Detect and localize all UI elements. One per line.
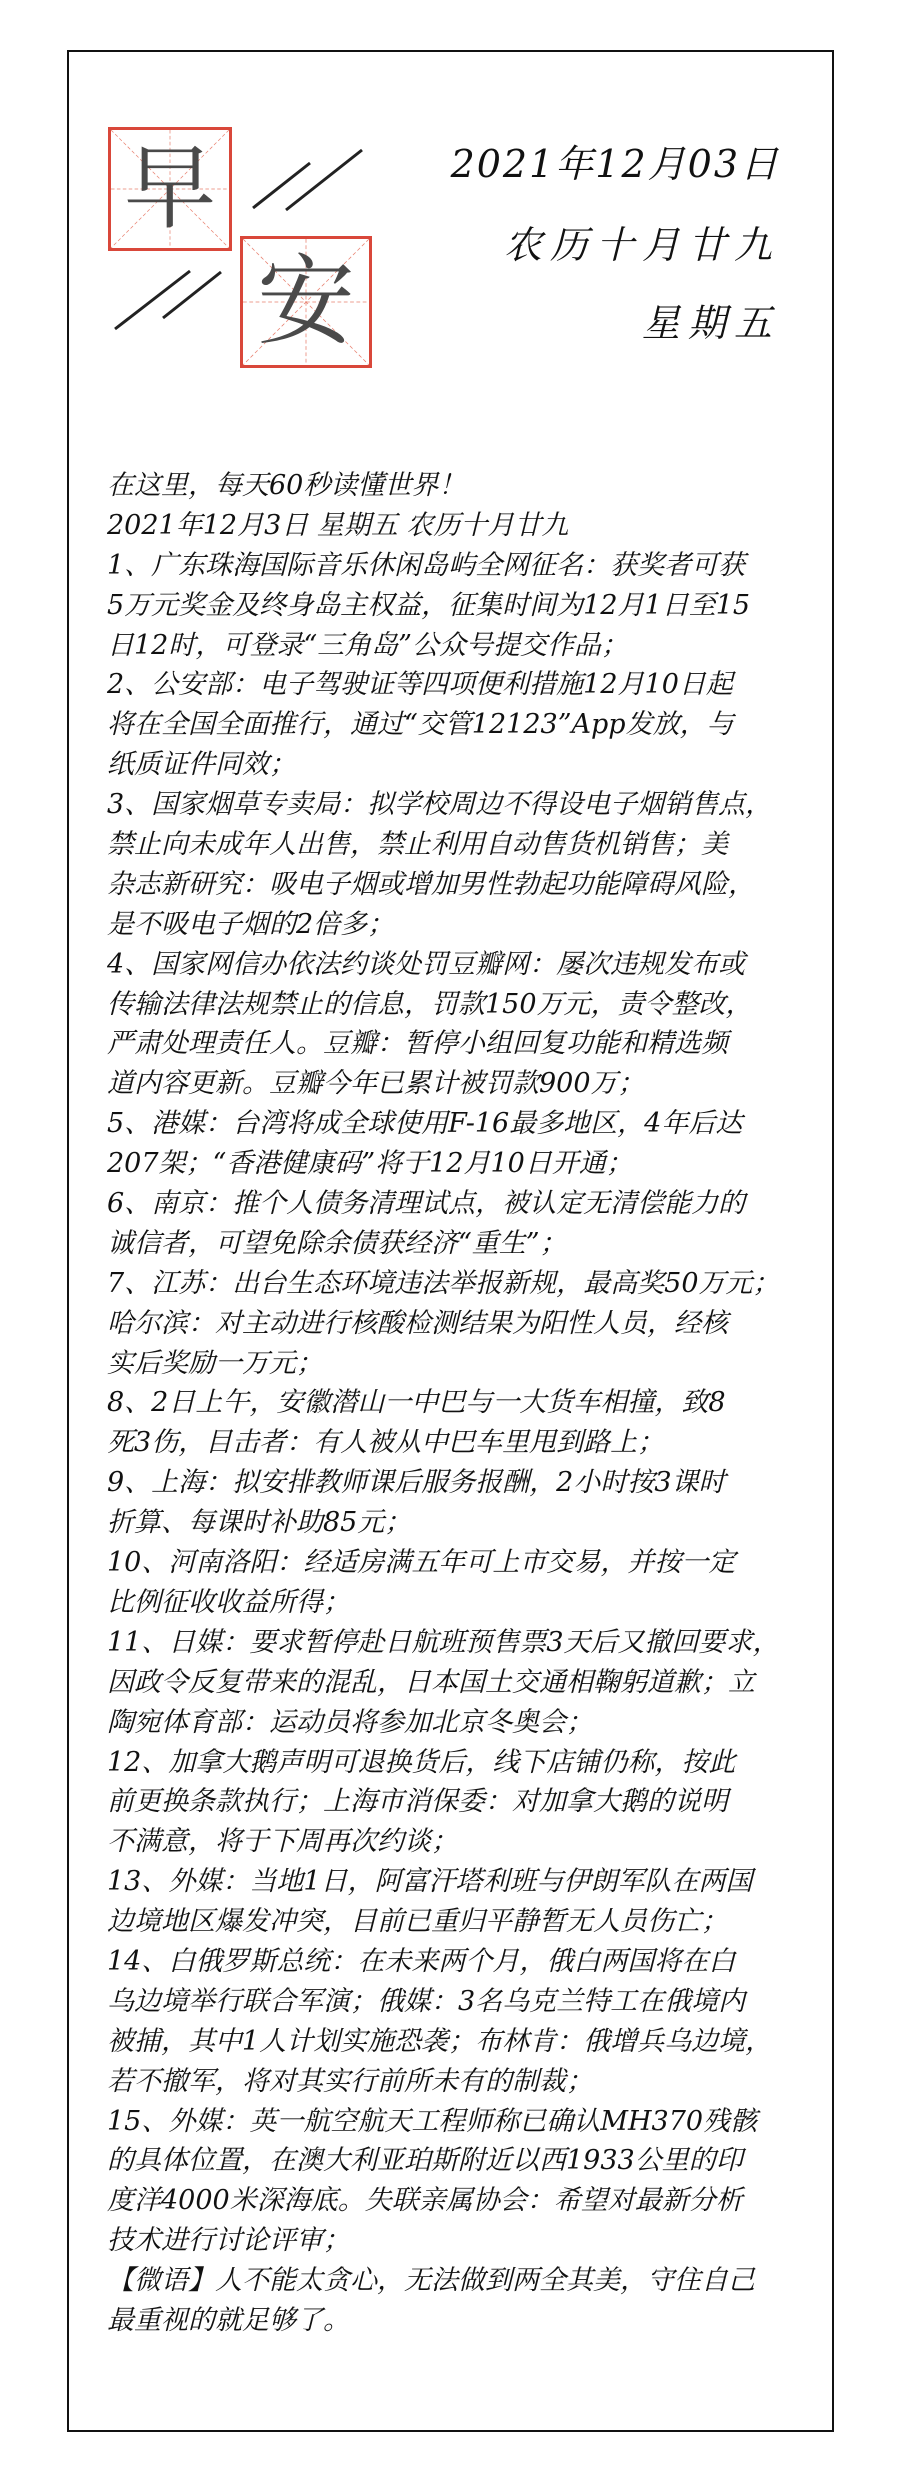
news-line: 9、上海：拟安排教师课后服务报酬，2小时按3课时 xyxy=(107,1463,807,1503)
news-line: 折算、每课时补助85元； xyxy=(107,1503,807,1543)
news-line: 4、国家网信办依法约谈处罚豆瓣网：屡次违规发布或 xyxy=(107,945,807,985)
news-line: 技术进行讨论评审； xyxy=(107,2221,807,2261)
news-line: 最重视的就足够了。 xyxy=(107,2301,807,2341)
news-line: 严肃处理责任人。豆瓣：暂停小组回复功能和精选频 xyxy=(107,1024,807,1064)
news-line: 被捕，其中1人计划实施恐袭；布林肯：俄增兵乌边境， xyxy=(107,2022,807,2062)
news-line: 前更换条款执行；上海市消保委：对加拿大鹅的说明 xyxy=(107,1782,807,1822)
news-line: 因政令反复带来的混乱，日本国土交通相鞠躬道歉；立 xyxy=(107,1663,807,1703)
news-line: 杂志新研究：吸电子烟或增加男性勃起功能障碍风险， xyxy=(107,865,807,905)
news-body: 在这里，每天60秒读懂世界！ 2021年12月3日 星期五 农历十月廿九 1、广… xyxy=(107,466,807,2341)
news-line: 13、外媒：当地1日，阿富汗塔利班与伊朗军队在两国 xyxy=(107,1862,807,1902)
news-line: 10、河南洛阳：经适房满五年可上市交易，并按一定 xyxy=(107,1543,807,1583)
gregorian-date: 2021年12月03日 xyxy=(451,145,780,183)
news-line: 14、白俄罗斯总统：在未来两个月，俄白两国将在白 xyxy=(107,1942,807,1982)
news-line: 15、外媒：英一航空航天工程师称已确认MH370残骸 xyxy=(107,2102,807,2142)
news-line: 死3伤，目击者：有人被从中巴车里甩到路上； xyxy=(107,1423,807,1463)
news-line: 11、日媒：要求暂停赴日航班预售票3天后又撤回要求， xyxy=(107,1623,807,1663)
news-line: 1、广东珠海国际音乐休闲岛屿全网征名：获奖者可获 xyxy=(107,546,807,586)
news-line: 边境地区爆发冲突，目前已重归平静暂无人员伤亡； xyxy=(107,1902,807,1942)
news-line: 6、南京：推个人债务清理试点，被认定无清偿能力的 xyxy=(107,1184,807,1224)
greeting-box-zao: 早 xyxy=(108,127,232,251)
news-line: 8、2日上午，安徽潜山一中巴与一大货车相撞，致8 xyxy=(107,1383,807,1423)
news-line: 纸质证件同效； xyxy=(107,745,807,785)
news-line: 实后奖励一万元； xyxy=(107,1344,807,1384)
news-line: 乌边境举行联合军演；俄媒：3名乌克兰特工在俄境内 xyxy=(107,1982,807,2022)
news-line: 的具体位置，在澳大利亚珀斯附近以西1933公里的印 xyxy=(107,2141,807,2181)
news-line: 度洋4000米深海底。失联亲属协会：希望对最新分析 xyxy=(107,2181,807,2221)
news-line: 若不撤军，将对其实行前所未有的制裁； xyxy=(107,2062,807,2102)
lunar-date: 农历十月廿九 xyxy=(504,226,780,264)
news-line: 【微语】人不能太贪心，无法做到两全其美，守住自己 xyxy=(107,2261,807,2301)
news-line: 5万元奖金及终身岛主权益，征集时间为12月1日至15 xyxy=(107,586,807,626)
news-line: 7、江苏：出台生态环境违法举报新规，最高奖50万元； xyxy=(107,1264,807,1304)
news-line: 不满意，将于下周再次约谈； xyxy=(107,1822,807,1862)
news-list: 1、广东珠海国际音乐休闲岛屿全网征名：获奖者可获5万元奖金及终身岛主权益，征集时… xyxy=(107,546,807,2341)
news-line: 12、加拿大鹅声明可退换货后，线下店铺仍称，按此 xyxy=(107,1743,807,1783)
news-line: 5、港媒：台湾将成全球使用F-16最多地区，4年后达 xyxy=(107,1104,807,1144)
news-line: 比例征收收益所得； xyxy=(107,1583,807,1623)
news-line: 3、国家烟草专卖局：拟学校周边不得设电子烟销售点， xyxy=(107,785,807,825)
news-line: 禁止向未成年人出售，禁止利用自动售货机销售；美 xyxy=(107,825,807,865)
greeting-char-an: 安 xyxy=(243,239,369,365)
news-line: 207架；“香港健康码”将于12月10日开通； xyxy=(107,1144,807,1184)
news-line: 日12时，可登录“三角岛”公众号提交作品； xyxy=(107,626,807,666)
news-line: 诚信者，可望免除余债获经济“重生”； xyxy=(107,1224,807,1264)
news-line: 哈尔滨：对主动进行核酸检测结果为阳性人员，经核 xyxy=(107,1304,807,1344)
news-line: 道内容更新。豆瓣今年已累计被罚款900万； xyxy=(107,1064,807,1104)
news-line: 传输法律法规禁止的信息，罚款150万元，责令整改， xyxy=(107,985,807,1025)
weekday: 星期五 xyxy=(642,304,780,342)
date-line: 2021年12月3日 星期五 农历十月廿九 xyxy=(107,506,807,546)
news-line: 是不吸电子烟的2倍多； xyxy=(107,905,807,945)
news-line: 将在全国全面推行，通过“交管12123”App发放，与 xyxy=(107,705,807,745)
greeting-box-an: 安 xyxy=(240,236,372,368)
greeting-char-zao: 早 xyxy=(111,130,229,248)
tagline: 在这里，每天60秒读懂世界！ xyxy=(107,466,807,506)
news-line: 陶宛体育部：运动员将参加北京冬奥会； xyxy=(107,1703,807,1743)
news-line: 2、公安部：电子驾驶证等四项便利措施12月10日起 xyxy=(107,665,807,705)
